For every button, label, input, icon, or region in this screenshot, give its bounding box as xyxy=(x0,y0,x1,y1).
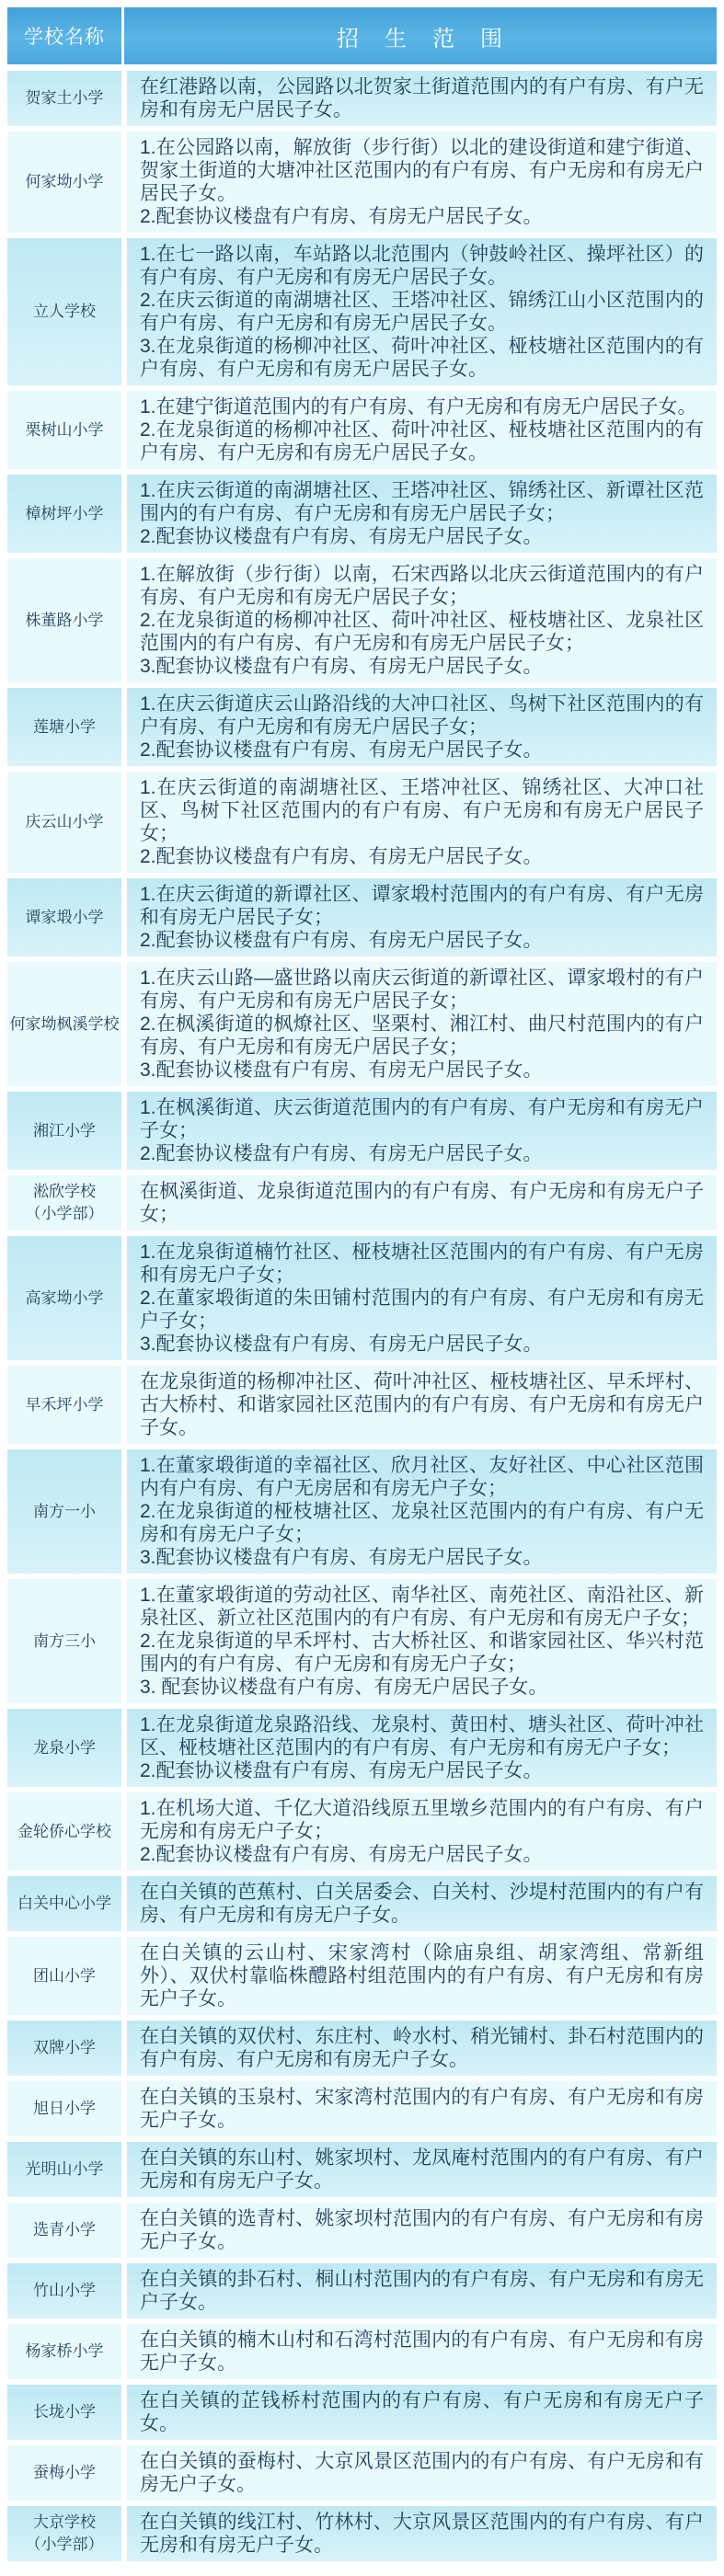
range-cell: 1.在庆云街道庆云山路沿线的大冲口社区、鸟树下社区范围内的有户有房、有户无房和有… xyxy=(127,688,717,766)
table-row: 光明山小学 在白关镇的东山村、姚家坝村、龙凤庵村范围内的有户有房、有户无房和有房… xyxy=(7,2142,717,2197)
school-name-cell: 双牌小学 xyxy=(7,2021,121,2076)
table-row: 庆云山小学 1.在庆云街道的南湖塘社区、王塔冲社区、锦绣社区、大冲口社区、鸟树下… xyxy=(7,772,717,873)
range-item: 2.配套协议楼盘有户有房、有房无户居民子女。 xyxy=(140,1759,704,1782)
school-name-cell: 选青小学 xyxy=(7,2203,121,2258)
range-item: 2.在龙泉街道的杨柳冲社区、荷叶冲社区、桠枝塘社区、龙泉社区范围内的有户有房、有… xyxy=(140,609,704,655)
table-row: 双牌小学 在白关镇的双伏村、东庄村、岭水村、稍光铺村、卦石村范围内的有户有房、有… xyxy=(7,2021,717,2076)
table-row: 湘江小学 1.在枫溪街道、庆云街道范围内的有户有房、有户无房和有房无户子女；2.… xyxy=(7,1092,717,1170)
range-item: 1.在龙泉街道楠竹社区、桠枝塘社区范围内的有户有房、有户无房和有房无户子女； xyxy=(140,1241,704,1287)
table-row: 长垅小学 在白关镇的芷钱桥村范围内的有户有房、有户无房和有房无户子女。 xyxy=(7,2385,717,2440)
table-row: 莲塘小学 1.在庆云街道庆云山路沿线的大冲口社区、鸟树下社区范围内的有户有房、有… xyxy=(7,688,717,766)
range-item: 1.在枫溪街道、庆云街道范围内的有户有房、有户无房和有房无户子女； xyxy=(140,1096,704,1142)
range-item: 在红港路以南，公园路以北贺家土街道范围内的有户有房、有户无房和有房无户居民子女。 xyxy=(140,75,704,121)
school-name-cell: 立人学校 xyxy=(7,238,121,385)
school-name-cell: 光明山小学 xyxy=(7,2142,121,2197)
range-item: 在白关镇的卦石村、桐山村范围内的有户有房、有户无房和有房无户子女。 xyxy=(140,2268,704,2314)
table-row: 龙泉小学 1.在龙泉街道龙泉路沿线、龙泉村、黄田村、塘头社区、荷叶冲社区、桠枝塘… xyxy=(7,1709,717,1787)
range-cell: 在白关镇的楠木山村和石湾村范围内的有户有房、有户无房和有房无户子女。 xyxy=(127,2324,717,2379)
range-cell: 1.在枫溪街道、庆云街道范围内的有户有房、有户无房和有房无户子女；2.配套协议楼… xyxy=(127,1092,717,1170)
school-name-cell: 白关中心小学 xyxy=(7,1876,121,1931)
range-item: 1.在董家塅街道的劳动社区、南华社区、南苑社区、南沿社区、新泉社区、新立社区范围… xyxy=(140,1584,704,1630)
table-row: 旭日小学 在白关镇的玉泉村、宋家湾村范围内的有户有房、有户无房和有房无户子女。 xyxy=(7,2081,717,2136)
table-header-row: 学校名称 招 生 范 围 xyxy=(7,7,717,64)
range-cell: 在白关镇的芷钱桥村范围内的有户有房、有户无房和有房无户子女。 xyxy=(127,2385,717,2440)
range-item: 2.在枫溪街道的枫燎社区、坚栗村、湘江村、曲尺村范围内的有户有房、有户无房和有房… xyxy=(140,1013,704,1059)
range-cell: 在白关镇的卦石村、桐山村范围内的有户有房、有户无房和有房无户子女。 xyxy=(127,2263,717,2318)
range-item: 1.在庆云街道的南湖塘社区、王塔冲社区、锦绣社区、新谭社区范围内的有户有房、有户… xyxy=(140,479,704,525)
range-cell: 1.在机场大道、千亿大道沿线原五里墩乡范围内的有户有房、有户无房和有房无户子女；… xyxy=(127,1792,717,1871)
school-name-cell: 贺家土小学 xyxy=(7,71,121,126)
range-item: 2.在龙泉街道的早禾坪村、古大桥社区、和谐家园社区、华兴村范围内的有户有房、有户… xyxy=(140,1630,704,1676)
range-cell: 在白关镇的选青村、姚家坝村范围内的有户有房、有户无房和有房无户子女。 xyxy=(127,2203,717,2258)
school-name-cell: 莲塘小学 xyxy=(7,688,121,766)
school-name-cell: 谭家塅小学 xyxy=(7,878,121,956)
range-item: 2.在庆云街道的南湖塘社区、王塔冲社区、锦绣江山小区范围内的有户有房、有户无房和… xyxy=(140,289,704,335)
school-name-cell: 龙泉小学 xyxy=(7,1709,121,1787)
range-cell: 1.在董家塅街道的幸福社区、欣月社区、友好社区、中心社区范围内有户有房、有户无房… xyxy=(127,1449,717,1574)
range-cell: 在白关镇的东山村、姚家坝村、龙凤庵村范围内的有户有房、有户无房和有房无户子女。 xyxy=(127,2142,717,2197)
school-name-cell: 早禾坪小学 xyxy=(7,1366,121,1444)
table-row: 何家坳小学 1.在公园路以南，解放街（步行街）以北的建设街道和建宁街道、贺家土街… xyxy=(7,132,717,233)
range-cell: 1.在庆云街道的南湖塘社区、王塔冲社区、锦绣社区、新谭社区范围内的有户有房、有户… xyxy=(127,475,717,553)
range-item: 3.配套协议楼盘有户有房、有房无户居民子女。 xyxy=(140,1059,704,1082)
range-cell: 1.在庆云街道的南湖塘社区、王塔冲社区、锦绣社区、大冲口社区、鸟树下社区范围内的… xyxy=(127,772,717,873)
table-row: 白关中心小学 在白关镇的芭蕉村、白关居委会、白关村、沙堤村范围内的有户有房、有户… xyxy=(7,1876,717,1931)
range-item: 1.在机场大道、千亿大道沿线原五里墩乡范围内的有户有房、有户无房和有房无户子女； xyxy=(140,1797,704,1843)
school-enrollment-range-table: 学校名称 招 生 范 围 贺家土小学 在红港路以南，公园路以北贺家土街道范围内的… xyxy=(7,7,717,2561)
school-name-cell: 何家坳枫溪学校 xyxy=(7,962,121,1086)
school-name-cell: 金轮侨心学校 xyxy=(7,1792,121,1871)
school-name-cell: 湘江小学 xyxy=(7,1092,121,1170)
range-cell: 1.在解放街（步行街）以南，石宋西路以北庆云街道范围内的有户有房、有户无房和有房… xyxy=(127,558,717,682)
school-name-cell: 株董路小学 xyxy=(7,558,121,682)
table-row: 选青小学 在白关镇的选青村、姚家坝村范围内的有户有房、有户无房和有房无户子女。 xyxy=(7,2203,717,2258)
range-cell: 1.在七一路以南，车站路以北范围内（钟鼓岭社区、操坪社区）的有户有房、有户无房和… xyxy=(127,238,717,385)
range-cell: 1.在庆云山路—盛世路以南庆云街道的新谭社区、谭家塅村的有户有房、有户无房和有房… xyxy=(127,962,717,1086)
school-name-cell: 竹山小学 xyxy=(7,2263,121,2318)
table-row: 株董路小学 1.在解放街（步行街）以南，石宋西路以北庆云街道范围内的有户有房、有… xyxy=(7,558,717,682)
range-cell: 1.在龙泉街道龙泉路沿线、龙泉村、黄田村、塘头社区、荷叶冲社区、桠枝塘社区范围内… xyxy=(127,1709,717,1787)
school-name-cell: 南方一小 xyxy=(7,1449,121,1574)
school-name-cell: 淞欣学校 （小学部） xyxy=(7,1175,121,1231)
range-item: 在龙泉街道的杨柳冲社区、荷叶冲社区、桠枝塘社区、早禾坪村、古大桥村、和谐家园社区… xyxy=(140,1370,704,1439)
range-cell: 在白关镇的双伏村、东庄村、岭水村、稍光铺村、卦石村范围内的有户有房、有户无房和有… xyxy=(127,2021,717,2076)
range-item: 1.在庆云街道庆云山路沿线的大冲口社区、鸟树下社区范围内的有户有房、有户无房和有… xyxy=(140,693,704,738)
range-item: 1.在庆云街道的新谭社区、谭家塅村范围内的有户有房、有户无房和有房无户居民子女； xyxy=(140,883,704,929)
range-item: 2.在龙泉街道的桠枝塘社区、龙泉社区范围内的有户有房、有户无房和有房无户子女； xyxy=(140,1500,704,1546)
range-item: 在白关镇的玉泉村、宋家湾村范围内的有户有房、有户无房和有房无户子女。 xyxy=(140,2086,704,2132)
range-item: 在白关镇的线江村、竹林村、大京风景区范围内的有户有房、有户无房和有房无户子女。 xyxy=(140,2511,704,2557)
table-row: 立人学校 1.在七一路以南，车站路以北范围内（钟鼓岭社区、操坪社区）的有户有房、… xyxy=(7,238,717,385)
range-item: 1.在庆云山路—盛世路以南庆云街道的新谭社区、谭家塅村的有户有房、有户无房和有房… xyxy=(140,967,704,1013)
table-body: 贺家土小学 在红港路以南，公园路以北贺家土街道范围内的有户有房、有户无房和有房无… xyxy=(7,71,717,2561)
school-name-cell: 何家坳小学 xyxy=(7,132,121,233)
range-item: 2.配套协议楼盘有户有房、有房无户居民子女。 xyxy=(140,525,704,548)
range-item: 1.在解放街（步行街）以南，石宋西路以北庆云街道范围内的有户有房、有户无房和有房… xyxy=(140,563,704,609)
range-item: 在白关镇的双伏村、东庄村、岭水村、稍光铺村、卦石村范围内的有户有房、有户无房和有… xyxy=(140,2025,704,2071)
range-item: 1.在公园路以南，解放街（步行街）以北的建设街道和建宁街道、贺家土街道的大塘冲社… xyxy=(140,136,704,205)
range-cell: 1.在董家塅街道的劳动社区、南华社区、南苑社区、南沿社区、新泉社区、新立社区范围… xyxy=(127,1579,717,1703)
table-row: 金轮侨心学校 1.在机场大道、千亿大道沿线原五里墩乡范围内的有户有房、有户无房和… xyxy=(7,1792,717,1871)
school-name-cell: 栗树山小学 xyxy=(7,391,121,469)
range-cell: 在白关镇的云山村、宋家湾村（除庙泉组、胡家湾组、常新组外）、双伏村靠临株醴路村组… xyxy=(127,1937,717,2015)
table-row: 贺家土小学 在红港路以南，公园路以北贺家土街道范围内的有户有房、有户无房和有房无… xyxy=(7,71,717,126)
range-item: 1.在庆云街道的南湖塘社区、王塔冲社区、锦绣社区、大冲口社区、鸟树下社区范围内的… xyxy=(140,776,704,845)
range-item: 2.配套协议楼盘有户有房、有房无户居民子女。 xyxy=(140,845,704,868)
table-row: 竹山小学 在白关镇的卦石村、桐山村范围内的有户有房、有户无房和有房无户子女。 xyxy=(7,2263,717,2318)
school-name-cell: 旭日小学 xyxy=(7,2081,121,2136)
range-item: 3.配套协议楼盘有户有房、有房无户居民子女。 xyxy=(140,655,704,678)
table-row: 樟树坪小学 1.在庆云街道的南湖塘社区、王塔冲社区、锦绣社区、新谭社区范围内的有… xyxy=(7,475,717,553)
table-row: 早禾坪小学 在龙泉街道的杨柳冲社区、荷叶冲社区、桠枝塘社区、早禾坪村、古大桥村、… xyxy=(7,1366,717,1444)
range-cell: 在白关镇的线江村、竹林村、大京风景区范围内的有户有房、有户无房和有房无户子女。 xyxy=(127,2506,717,2561)
header-school-name: 学校名称 xyxy=(7,7,121,64)
range-cell: 1.在建宁街道范围内的有户有房、有户无房和有房无户居民子女。2.在龙泉街道的杨柳… xyxy=(127,391,717,469)
range-item: 在白关镇的芷钱桥村范围内的有户有房、有户无房和有房无户子女。 xyxy=(140,2389,704,2435)
range-item: 2.在龙泉街道的杨柳冲社区、荷叶冲社区、桠枝塘社区范围内的有户有房、有户无房和有… xyxy=(140,418,704,464)
range-item: 在白关镇的楠木山村和石湾村范围内的有户有房、有户无房和有房无户子女。 xyxy=(140,2329,704,2375)
range-cell: 在白关镇的玉泉村、宋家湾村范围内的有户有房、有户无房和有房无户子女。 xyxy=(127,2081,717,2136)
range-item: 2.配套协议楼盘有户有房、有房无户居民子女。 xyxy=(140,1142,704,1165)
table-row: 栗树山小学 1.在建宁街道范围内的有户有房、有户无房和有房无户居民子女。2.在龙… xyxy=(7,391,717,469)
table-row: 蚕梅小学 在白关镇的蚕梅村、大京风景区范围内的有户有房、有户无房和有房无户子女。 xyxy=(7,2445,717,2501)
range-item: 在枫溪街道、龙泉街道范围内的有户有房、有户无房和有房无户子女； xyxy=(140,1180,704,1226)
range-item: 在白关镇的选青村、姚家坝村范围内的有户有房、有户无房和有房无户子女。 xyxy=(140,2207,704,2253)
table-row: 南方三小 1.在董家塅街道的劳动社区、南华社区、南苑社区、南沿社区、新泉社区、新… xyxy=(7,1579,717,1703)
range-item: 2.配套协议楼盘有户有房、有房无户居民子女。 xyxy=(140,738,704,761)
range-item: 在白关镇的云山村、宋家湾村（除庙泉组、胡家湾组、常新组外）、双伏村靠临株醴路村组… xyxy=(140,1941,704,2010)
range-item: 1.在七一路以南，车站路以北范围内（钟鼓岭社区、操坪社区）的有户有房、有户无房和… xyxy=(140,243,704,289)
range-item: 3.配套协议楼盘有户有房、有房无户居民子女。 xyxy=(140,1333,704,1356)
range-cell: 在龙泉街道的杨柳冲社区、荷叶冲社区、桠枝塘社区、早禾坪村、古大桥村、和谐家园社区… xyxy=(127,1366,717,1444)
school-name-cell: 高家坳小学 xyxy=(7,1236,121,1360)
range-item: 3.在龙泉街道的杨柳冲社区、荷叶冲社区、桠枝塘社区范围内的有户有房、有户无房和有… xyxy=(140,335,704,381)
range-item: 3.配套协议楼盘有户有房、有房无户居民子女。 xyxy=(140,1546,704,1569)
range-cell: 1.在公园路以南，解放街（步行街）以北的建设街道和建宁街道、贺家土街道的大塘冲社… xyxy=(127,132,717,233)
range-cell: 在红港路以南，公园路以北贺家土街道范围内的有户有房、有户无房和有房无户居民子女。 xyxy=(127,71,717,126)
range-item: 在白关镇的芭蕉村、白关居委会、白关村、沙堤村范围内的有户有房、有户无房和有房无户… xyxy=(140,1881,704,1927)
table-row: 谭家塅小学 1.在庆云街道的新谭社区、谭家塅村范围内的有户有房、有户无房和有房无… xyxy=(7,878,717,956)
table-row: 南方一小 1.在董家塅街道的幸福社区、欣月社区、友好社区、中心社区范围内有户有房… xyxy=(7,1449,717,1574)
table-row: 何家坳枫溪学校 1.在庆云山路—盛世路以南庆云街道的新谭社区、谭家塅村的有户有房… xyxy=(7,962,717,1086)
header-enrollment-range: 招 生 范 围 xyxy=(124,7,717,64)
range-item: 3. 配套协议楼盘有户有房、有房无户居民子女。 xyxy=(140,1676,704,1699)
range-item: 2.配套协议楼盘有户有房、有房无户居民子女。 xyxy=(140,1843,704,1866)
table-row: 高家坳小学 1.在龙泉街道楠竹社区、桠枝塘社区范围内的有户有房、有户无房和有房无… xyxy=(7,1236,717,1360)
school-name-cell: 长垅小学 xyxy=(7,2385,121,2440)
range-cell: 1.在庆云街道的新谭社区、谭家塅村范围内的有户有房、有户无房和有房无户居民子女；… xyxy=(127,878,717,956)
range-item: 2.配套协议楼盘有户有房、有房无户居民子女。 xyxy=(140,929,704,952)
school-name-cell: 杨家桥小学 xyxy=(7,2324,121,2379)
school-name-cell: 蚕梅小学 xyxy=(7,2445,121,2501)
range-item: 2.配套协议楼盘有户有房、有房无户居民子女。 xyxy=(140,205,704,228)
table-row: 团山小学 在白关镇的云山村、宋家湾村（除庙泉组、胡家湾组、常新组外）、双伏村靠临… xyxy=(7,1937,717,2015)
table-row: 杨家桥小学 在白关镇的楠木山村和石湾村范围内的有户有房、有户无房和有房无户子女。 xyxy=(7,2324,717,2379)
school-name-cell: 庆云山小学 xyxy=(7,772,121,873)
range-item: 在白关镇的东山村、姚家坝村、龙凤庵村范围内的有户有房、有户无房和有房无户子女。 xyxy=(140,2147,704,2192)
range-cell: 1.在龙泉街道楠竹社区、桠枝塘社区范围内的有户有房、有户无房和有房无户子女；2.… xyxy=(127,1236,717,1360)
school-name-cell: 南方三小 xyxy=(7,1579,121,1703)
range-item: 1.在董家塅街道的幸福社区、欣月社区、友好社区、中心社区范围内有户有房、有户无房… xyxy=(140,1454,704,1500)
range-item: 2.在董家塅街道的朱田铺村范围内的有户有房、有户无房和有房无户子女； xyxy=(140,1287,704,1333)
school-name-cell: 樟树坪小学 xyxy=(7,475,121,553)
school-name-cell: 团山小学 xyxy=(7,1937,121,2015)
table-row: 大京学校 （小学部） 在白关镇的线江村、竹林村、大京风景区范围内的有户有房、有户… xyxy=(7,2506,717,2561)
range-cell: 在白关镇的芭蕉村、白关居委会、白关村、沙堤村范围内的有户有房、有户无房和有房无户… xyxy=(127,1876,717,1931)
range-item: 在白关镇的蚕梅村、大京风景区范围内的有户有房、有户无房和有房无户子女。 xyxy=(140,2450,704,2496)
range-cell: 在白关镇的蚕梅村、大京风景区范围内的有户有房、有户无房和有房无户子女。 xyxy=(127,2445,717,2501)
range-item: 1.在龙泉街道龙泉路沿线、龙泉村、黄田村、塘头社区、荷叶冲社区、桠枝塘社区范围内… xyxy=(140,1713,704,1759)
range-item: 1.在建宁街道范围内的有户有房、有户无房和有房无户居民子女。 xyxy=(140,395,704,418)
school-name-cell: 大京学校 （小学部） xyxy=(7,2506,121,2561)
range-cell: 在枫溪街道、龙泉街道范围内的有户有房、有户无房和有房无户子女； xyxy=(127,1175,717,1231)
table-row: 淞欣学校 （小学部） 在枫溪街道、龙泉街道范围内的有户有房、有户无房和有房无户子… xyxy=(7,1175,717,1231)
